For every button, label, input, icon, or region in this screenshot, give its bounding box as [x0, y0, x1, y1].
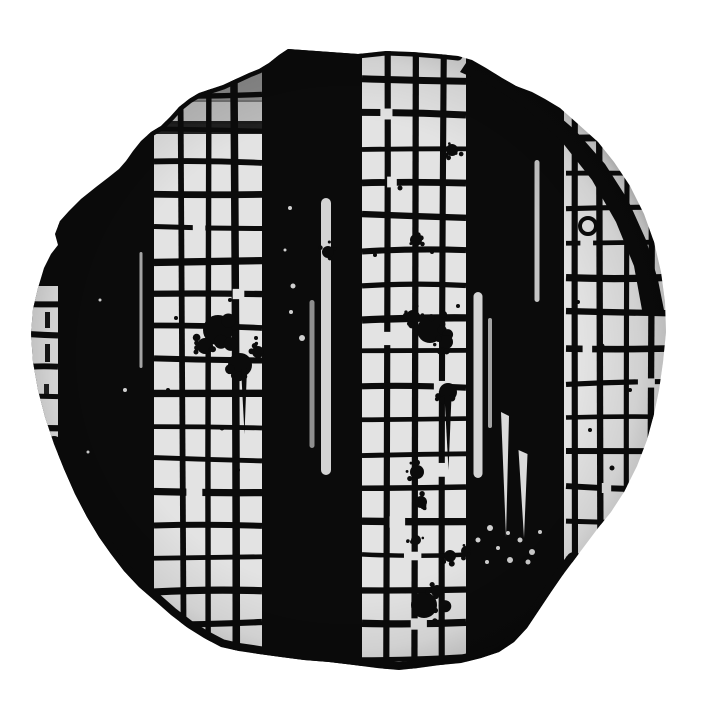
product-photo [0, 0, 720, 720]
cushion-image [0, 0, 720, 720]
